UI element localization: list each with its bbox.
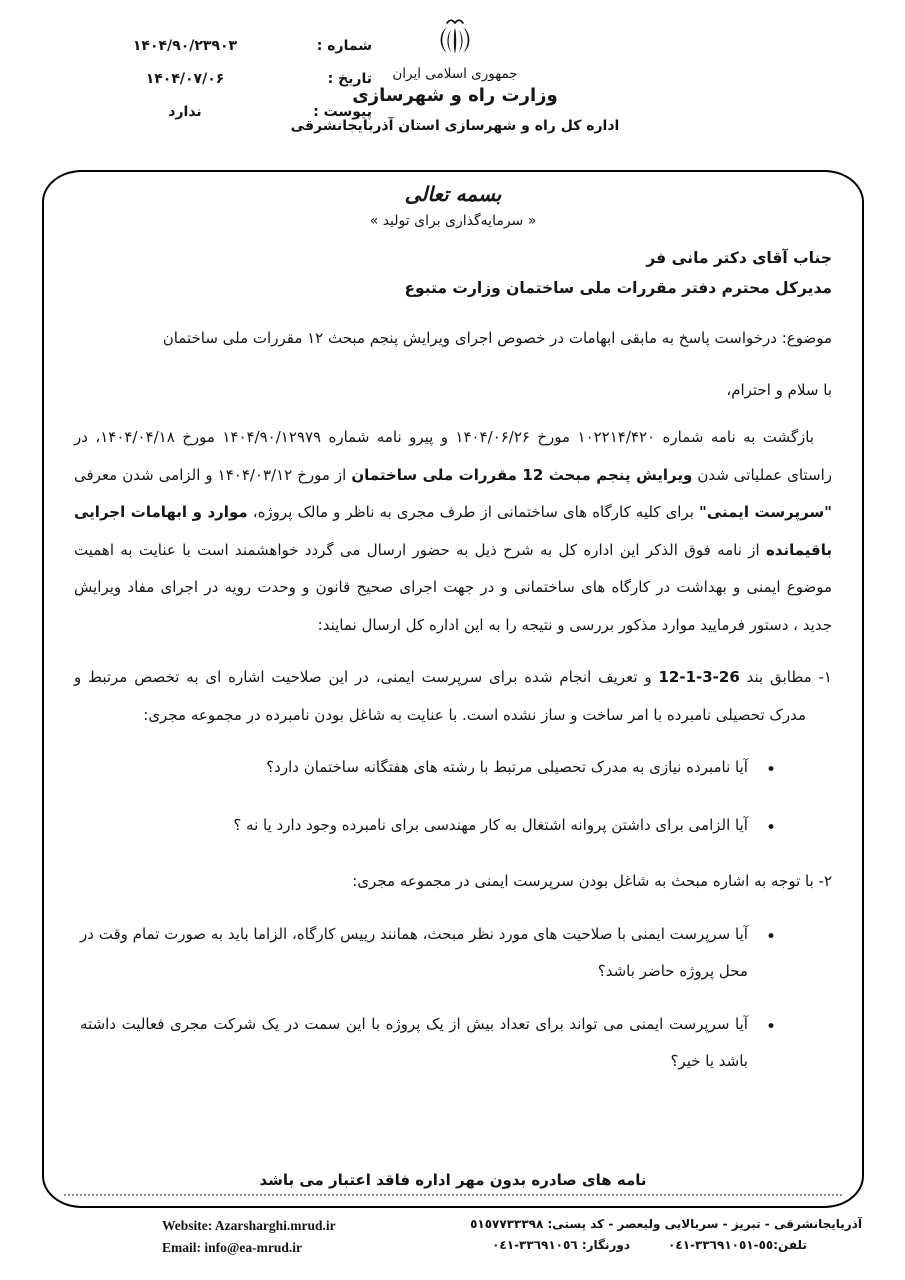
paragraph-segment-bold: "سرپرست ایمنی" — [699, 503, 832, 521]
bullet-item: • آیا سرپرست ایمنی می تواند برای تعداد ب… — [80, 1006, 776, 1081]
letter-body-frame: بسمه تعالی « سرمایه‌گذاری برای تولید » ج… — [42, 170, 864, 1208]
bullet-item: • آیا نامبرده نیازی به مدرک تحصیلی مرتبط… — [80, 749, 776, 792]
bullet-question: آیا نامبرده نیازی به مدرک تحصیلی مرتبط ب… — [80, 749, 748, 792]
phone-fax-line: تلفن:٥٥-٣٣٦٩١٠٥١-٠٤١دورنگار: ٣٣٦٩١٠٥٦-٠٤… — [470, 1235, 862, 1256]
contact-address-block: آذربایجانشرقی - تبریز - سربالایی ولیعصر … — [470, 1214, 862, 1256]
letterhead: جمهوری اسلامی ایران وزارت راه و شهرسازی … — [0, 14, 905, 164]
validity-notice: نامه های صادره بدون مهر اداره فاقد اعتبا… — [259, 1171, 646, 1189]
letter-meta: شماره : ۱۴۰۴/۹۰/۲۳۹۰۳ تاریخ : ۱۴۰۴/۰۷/۰۶… — [72, 38, 372, 137]
iran-emblem-icon — [434, 16, 476, 64]
attachment-value: ندارد — [72, 104, 298, 120]
bullet-marker: • — [766, 749, 776, 792]
item-segment: ۱- مطابق بند — [740, 668, 832, 686]
salutation-line: با سلام و احترام، — [74, 381, 832, 399]
basmala-calligraphy: بسمه تعالی — [74, 182, 832, 206]
validity-notice-rule: نامه های صادره بدون مهر اداره فاقد اعتبا… — [64, 1170, 842, 1196]
item-segment-bold: 26-3-1-12 — [658, 668, 739, 686]
bullet-marker: • — [766, 1006, 776, 1081]
postal-address: آذربایجانشرقی - تبریز - سربالایی ولیعصر … — [470, 1214, 862, 1235]
website-url: Azarsharghi.mrud.ir — [215, 1218, 336, 1233]
meta-row-date: تاریخ : ۱۴۰۴/۰۷/۰۶ — [72, 71, 372, 87]
bullet-question: آیا الزامی برای داشتن پروانه اشتغال به ک… — [80, 807, 748, 850]
number-label: شماره : — [310, 38, 372, 54]
phone-number: ٥٥-٣٣٦٩١٠٥١-٠٤١ — [668, 1238, 773, 1252]
bullet-marker: • — [766, 807, 776, 850]
email-address: info@ea-mrud.ir — [204, 1240, 302, 1255]
email-line: Email: info@ea-mrud.ir — [162, 1237, 336, 1259]
bullet-item: • آیا سرپرست ایمنی با صلاحیت های مورد نظ… — [80, 916, 776, 991]
numbered-item-2: ۲- با توجه به اشاره مبحث به شاغل بودن سر… — [74, 863, 832, 901]
recipient-title: مدیرکل محترم دفتر مقررات ملی ساختمان وزا… — [74, 273, 832, 303]
meta-row-number: شماره : ۱۴۰۴/۹۰/۲۳۹۰۳ — [72, 38, 372, 54]
number-value: ۱۴۰۴/۹۰/۲۳۹۰۳ — [72, 38, 298, 54]
website-line: Website: Azarsharghi.mrud.ir — [162, 1215, 336, 1237]
paragraph-segment: از نامه فوق الذکر این اداره کل به شرح ذی… — [74, 541, 832, 634]
date-label: تاریخ : — [310, 71, 372, 87]
phone-label: تلفن: — [773, 1238, 807, 1252]
paragraph-segment: برای کلیه کارگاه های ساختمانی از طرف مجر… — [248, 503, 699, 521]
recipient-block: جناب آقای دکتر مانی فر مدیرکل محترم دفتر… — [74, 243, 832, 303]
bullet-question: آیا سرپرست ایمنی با صلاحیت های مورد نظر … — [80, 916, 748, 991]
web-contact-block: Website: Azarsharghi.mrud.ir Email: info… — [162, 1215, 336, 1258]
year-slogan: « سرمایه‌گذاری برای تولید » — [74, 213, 832, 229]
bullet-item: • آیا الزامی برای داشتن پروانه اشتغال به… — [80, 807, 776, 850]
subject-line: موضوع: درخواست پاسخ به مابقی ابهامات در … — [74, 329, 832, 347]
meta-row-attachment: پیوست : ندارد — [72, 104, 372, 120]
bullet-marker: • — [766, 916, 776, 991]
bullet-question: آیا سرپرست ایمنی می تواند برای تعداد بیش… — [80, 1006, 748, 1081]
email-label: Email: — [162, 1240, 201, 1255]
recipient-name: جناب آقای دکتر مانی فر — [74, 243, 832, 273]
contact-footer: آذربایجانشرقی - تبریز - سربالایی ولیعصر … — [42, 1214, 864, 1274]
scanned-letter-page: جمهوری اسلامی ایران وزارت راه و شهرسازی … — [0, 0, 905, 1280]
attachment-label: پیوست : — [310, 104, 372, 120]
website-label: Website: — [162, 1218, 212, 1233]
fax-label: دورنگار: — [578, 1238, 630, 1252]
paragraph-segment-bold: ویرایش پنجم مبحث 12 مقررات ملی ساختمان — [351, 466, 692, 484]
date-value: ۱۴۰۴/۰۷/۰۶ — [72, 71, 298, 87]
fax-number: ٣٣٦٩١٠٥٦-٠٤١ — [492, 1238, 578, 1252]
paragraph-segment: از مورخ ۱۴۰۴/۰۳/۱۲ و الزامی شدن معرفی — [74, 466, 351, 484]
numbered-item-1: ۱- مطابق بند 26-3-1-12 و تعریف انجام شده… — [74, 659, 832, 734]
body-paragraph: بازگشت به نامه شماره ۱۰۲۲۱۴/۴۲۰ مورخ ۱۴۰… — [74, 419, 832, 644]
